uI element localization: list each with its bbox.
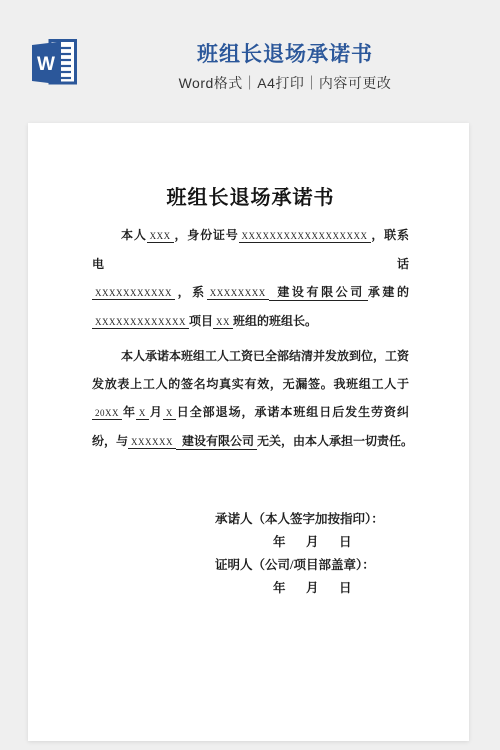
doc-text: 本人承诺本班组工人工资已全部结清并发放到位，工资: [121, 349, 409, 363]
document-title: 班组长退场承诺书: [92, 183, 409, 213]
signature-date-line: 年 月 日: [215, 577, 409, 600]
fill-in-blank: 建设有限公司: [176, 434, 257, 450]
fill-in-blank: XXXXXXXX: [207, 288, 269, 300]
preview-header: W 班组长退场承诺书 Word格式｜A4打印｜内容可更改: [0, 0, 500, 123]
doc-line: XXXXXXXXXXX，系XXXXXXXX 建设有限公司承建的: [92, 278, 409, 307]
doc-line: XXXXXXXXXXXXX项目XX班组的班组长。: [92, 307, 409, 336]
doc-text: 无关，由本人承担一切责任。: [257, 434, 413, 448]
template-title: 班组长退场承诺书: [80, 40, 490, 70]
signature-line-promisor: 承诺人（本人签字加按指印）：: [215, 508, 409, 531]
doc-text: 纷，与: [92, 434, 128, 448]
doc-text: 本人: [121, 228, 147, 242]
fill-in-blank: XXXXXXXXXXXXXXXXXX: [239, 231, 371, 243]
doc-line: 发放表上工人的签名均真实有效，无漏签。我班组工人于: [92, 370, 409, 398]
fill-in-blank: XXXXXXXXXXX: [92, 288, 175, 300]
fill-in-blank: X: [136, 408, 149, 420]
fill-in-blank: 20XX: [92, 408, 122, 420]
header-text-block: 班组长退场承诺书 Word格式｜A4打印｜内容可更改: [80, 40, 490, 94]
fill-in-blank: 建设有限公司: [269, 285, 368, 301]
doc-text: 项目: [189, 314, 213, 328]
doc-text: 发放表上工人的签名均真实有效，无漏签。我班组工人于: [92, 377, 409, 391]
doc-text: 年: [122, 405, 136, 419]
doc-text: 班组的班组长。: [233, 314, 317, 328]
document-page: 班组长退场承诺书 本人XXX，身份证号XXXXXXXXXXXXXXXXXX，联系…: [28, 123, 469, 741]
fill-in-blank: X: [163, 408, 176, 420]
signature-line-witness: 证明人（公司/项目部盖章）：: [215, 554, 409, 577]
doc-line: 20XX年X月X日全部退场，承诺本班组日后发生劳资纠: [92, 398, 409, 427]
doc-text: ，系: [175, 285, 207, 299]
doc-paragraphs: 本人XXX，身份证号XXXXXXXXXXXXXXXXXX，联系电话XXXXXXX…: [92, 221, 409, 456]
doc-paragraph: 本人承诺本班组工人工资已全部结清并发放到位，工资发放表上工人的签名均真实有效，无…: [92, 342, 409, 456]
fill-in-blank: XXXXXXXXXXXXX: [92, 317, 189, 329]
fill-in-blank: XX: [213, 317, 233, 329]
doc-line: 纷，与XXXXXX 建设有限公司无关，由本人承担一切责任。: [92, 427, 409, 456]
fill-in-blank: XXXXXX: [128, 437, 176, 449]
word-logo-icon: W: [30, 38, 80, 86]
doc-text: 月: [149, 405, 163, 419]
doc-line: 本人XXX，身份证号XXXXXXXXXXXXXXXXXX，联系电话: [92, 221, 409, 278]
word-logo-letter: W: [37, 54, 55, 75]
doc-line: 本人承诺本班组工人工资已全部结清并发放到位，工资: [92, 342, 409, 370]
signature-date-line: 年 月 日: [215, 531, 409, 554]
doc-text: 承建的: [368, 285, 409, 299]
template-subtitle: Word格式｜A4打印｜内容可更改: [80, 72, 490, 94]
fill-in-blank: XXX: [147, 231, 174, 243]
doc-text: ，身份证号: [174, 228, 239, 242]
doc-paragraph: 本人XXX，身份证号XXXXXXXXXXXXXXXXXX，联系电话XXXXXXX…: [92, 221, 409, 336]
doc-text: 日全部退场，承诺本班组日后发生劳资纠: [176, 405, 409, 419]
signature-block: 承诺人（本人签字加按指印）： 年 月 日 证明人（公司/项目部盖章）： 年 月 …: [215, 508, 409, 600]
